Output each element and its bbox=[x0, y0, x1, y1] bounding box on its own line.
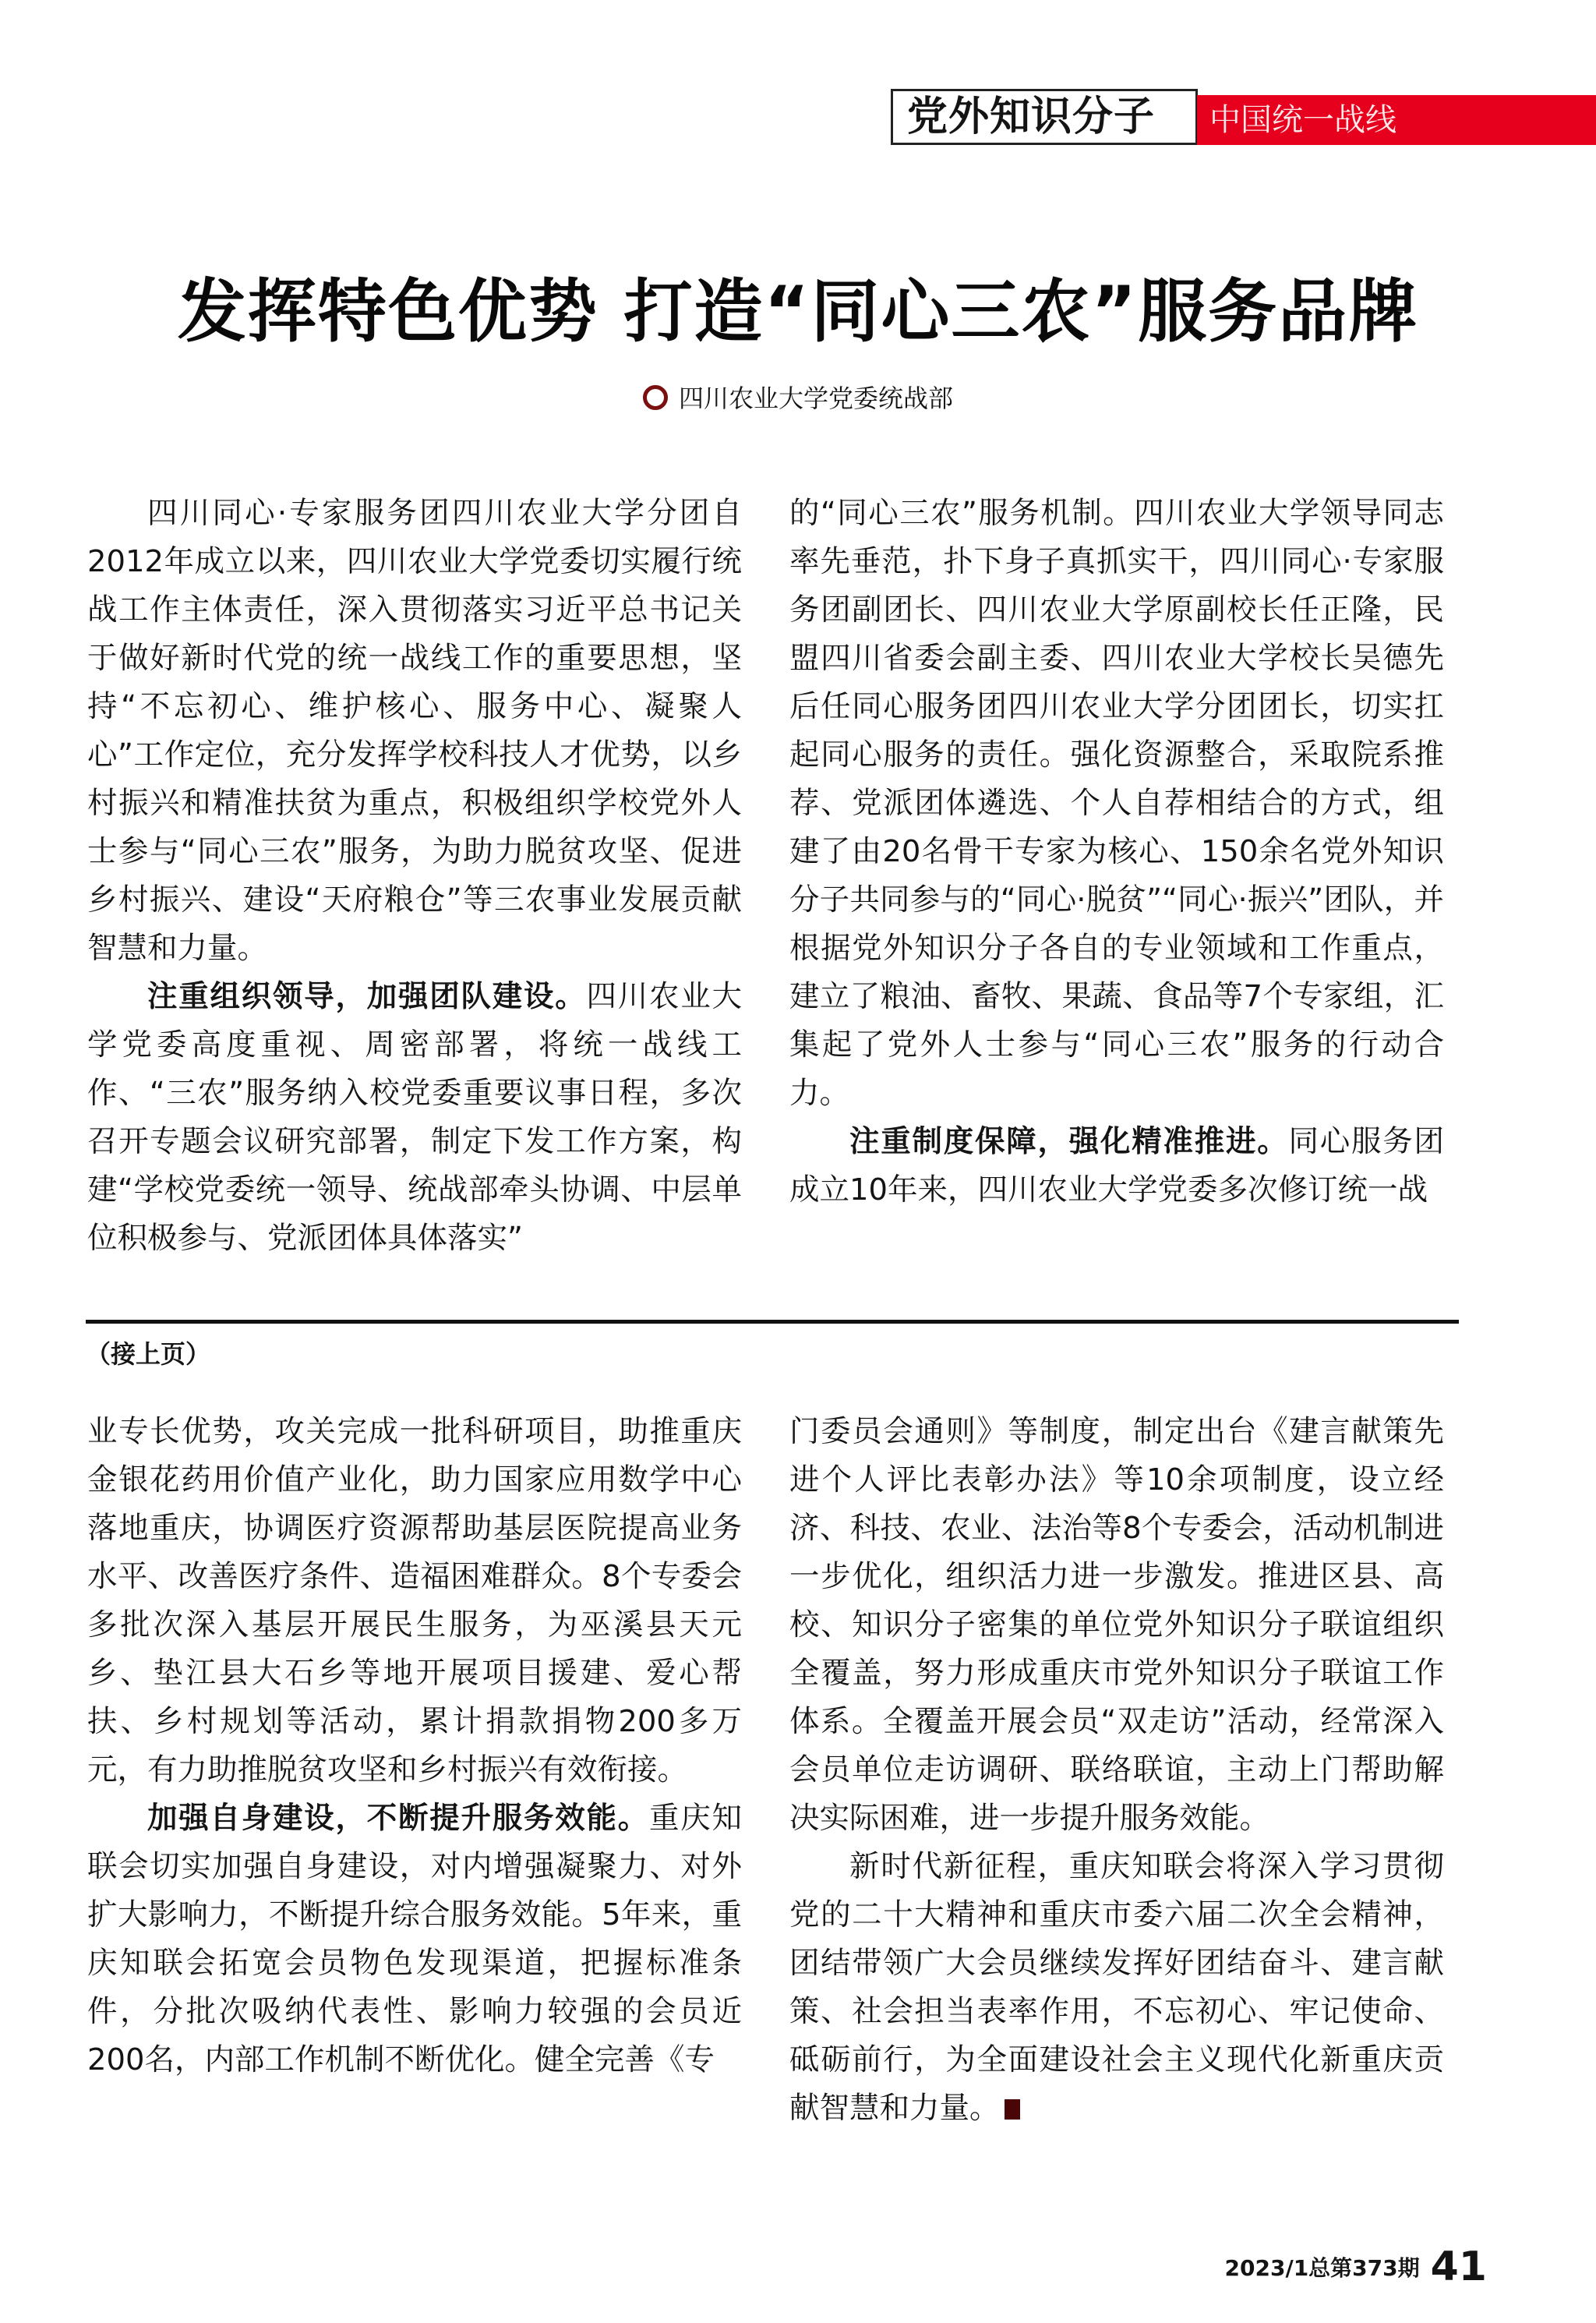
section-header: 党外知识分子 中国统一战线 bbox=[891, 89, 1596, 145]
paragraph-lead: 加强自身建设，不断提升服务效能。 bbox=[147, 1801, 649, 1836]
section-divider bbox=[86, 1320, 1459, 1324]
paragraph: 门委员会通则》等制度，制定出台《建言献策先进个人评比表彰办法》等10余项制度，设… bbox=[789, 1408, 1444, 1843]
ring-bullet-icon bbox=[643, 385, 668, 410]
article-left-column: 四川同心·专家服务团四川农业大学分团自2012年成立以来，四川农业大学党委切实履… bbox=[87, 490, 742, 1263]
paragraph-body: 重庆知联会切实加强自身建设，对内增强凝聚力、对外扩大影响力，不断提升综合服务效能… bbox=[87, 1801, 742, 2077]
paragraph: 注重制度保障，强化精准推进。同心服务团成立10年来，四川农业大学党委多次修订统一… bbox=[789, 1118, 1444, 1215]
paragraph: 注重组织领导，加强团队建设。四川农业大学党委高度重视、周密部署，将统一战线工作、… bbox=[87, 973, 742, 1263]
paragraph: 业专长优势，攻关完成一批科研项目，助推重庆金银花药用价值产业化，助力国家应用数学… bbox=[87, 1408, 742, 1794]
paragraph-lead: 注重组织领导，加强团队建设。 bbox=[147, 979, 586, 1014]
paragraph: 四川同心·专家服务团四川农业大学分团自2012年成立以来，四川农业大学党委切实履… bbox=[87, 490, 742, 973]
end-mark-icon bbox=[1005, 2099, 1020, 2120]
page-number: 41 bbox=[1431, 2243, 1487, 2290]
byline-author: 四川农业大学党委统战部 bbox=[679, 384, 953, 413]
continued-left-column: 业专长优势，攻关完成一批科研项目，助推重庆金银花药用价值产业化，助力国家应用数学… bbox=[87, 1408, 742, 2084]
continued-right-column: 门委员会通则》等制度，制定出台《建言献策先进个人评比表彰办法》等10余项制度，设… bbox=[789, 1408, 1444, 2133]
paragraph-body: 四川农业大学党委高度重视、周密部署，将统一战线工作、“三农”服务纳入校党委重要议… bbox=[87, 979, 742, 1256]
paragraph-body: 新时代新征程，重庆知联会将深入学习贯彻党的二十大精神和重庆市委六届二次全会精神，… bbox=[789, 1849, 1444, 2126]
byline: 四川农业大学党委统战部 bbox=[0, 379, 1596, 415]
section-name-banner: 中国统一战线 bbox=[1197, 95, 1596, 145]
paragraph: 的“同心三农”服务机制。四川农业大学领导同志率先垂范，扑下身子真抓实干，四川同心… bbox=[789, 490, 1444, 1118]
paragraph-lead: 注重制度保障，强化精准推进。 bbox=[849, 1124, 1288, 1159]
page-footer: 2023/1总第373期41 bbox=[1225, 2243, 1487, 2290]
article-title: 发挥特色优势 打造“同心三农”服务品牌 bbox=[0, 257, 1596, 355]
column-name: 党外知识分子 bbox=[891, 89, 1198, 145]
paragraph: 新时代新征程，重庆知联会将深入学习贯彻党的二十大精神和重庆市委六届二次全会精神，… bbox=[789, 1843, 1444, 2133]
issue-info: 2023/1总第373期 bbox=[1225, 2255, 1420, 2281]
paragraph: 加强自身建设，不断提升服务效能。重庆知联会切实加强自身建设，对内增强凝聚力、对外… bbox=[87, 1794, 742, 2084]
continued-label: （接上页） bbox=[86, 1335, 210, 1370]
article-right-column: 的“同心三农”服务机制。四川农业大学领导同志率先垂范，扑下身子真抓实干，四川同心… bbox=[789, 490, 1444, 1215]
